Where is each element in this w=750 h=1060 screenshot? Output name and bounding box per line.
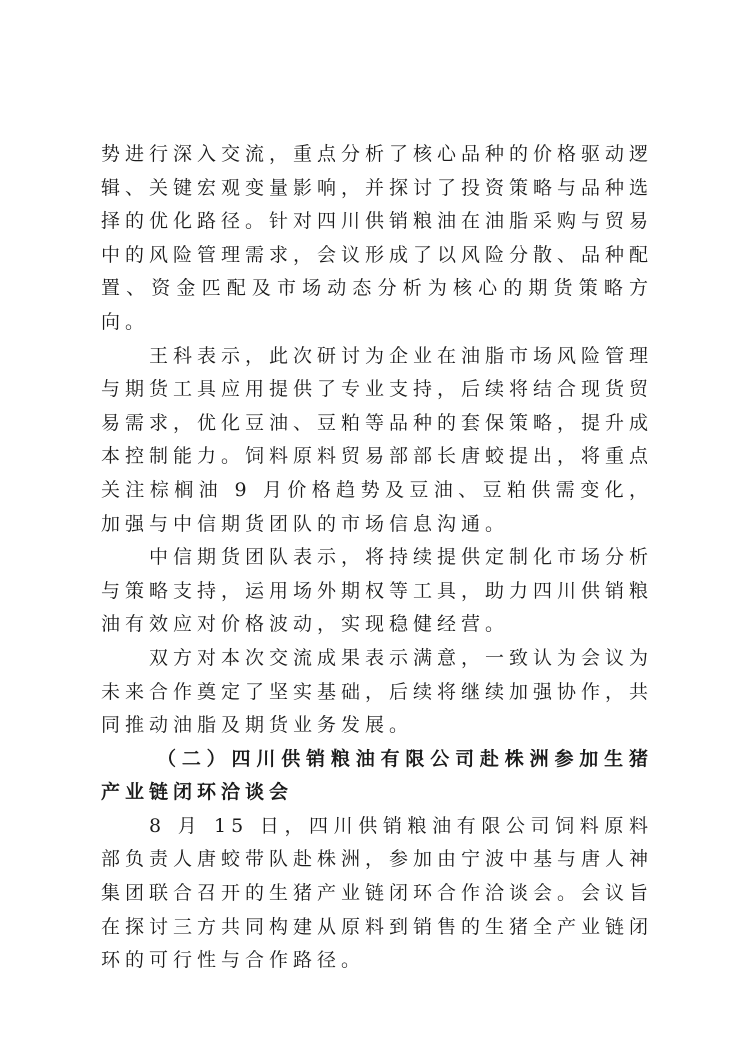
paragraph-wangke-statement: 王科表示，此次研讨为企业在油脂市场风险管理与期货工具应用提供了专业支持，后续将结…: [101, 340, 653, 542]
section-heading: （二）四川供销粮油有限公司赴株洲参加生猪产业链闭环洽谈会: [101, 743, 653, 810]
document-page: 势进行深入交流，重点分析了核心品种的价格驱动逻辑、关键宏观变量影响，并探讨了投资…: [101, 138, 653, 978]
paragraph-strategy-summary: 势进行深入交流，重点分析了核心品种的价格驱动逻辑、关键宏观变量影响，并探讨了投资…: [101, 138, 653, 340]
paragraph-citic-statement: 中信期货团队表示，将持续提供定制化市场分析与策略支持，运用场外期权等工具，助力四…: [101, 541, 653, 642]
paragraph-zhuzhou-meeting: 8 月 15 日，四川供销粮油有限公司饲料原料部负责人唐蛟带队赴株洲，参加由宁波…: [101, 810, 653, 978]
paragraph-conclusion: 双方对本次交流成果表示满意，一致认为会议为未来合作奠定了坚实基础，后续将继续加强…: [101, 642, 653, 743]
